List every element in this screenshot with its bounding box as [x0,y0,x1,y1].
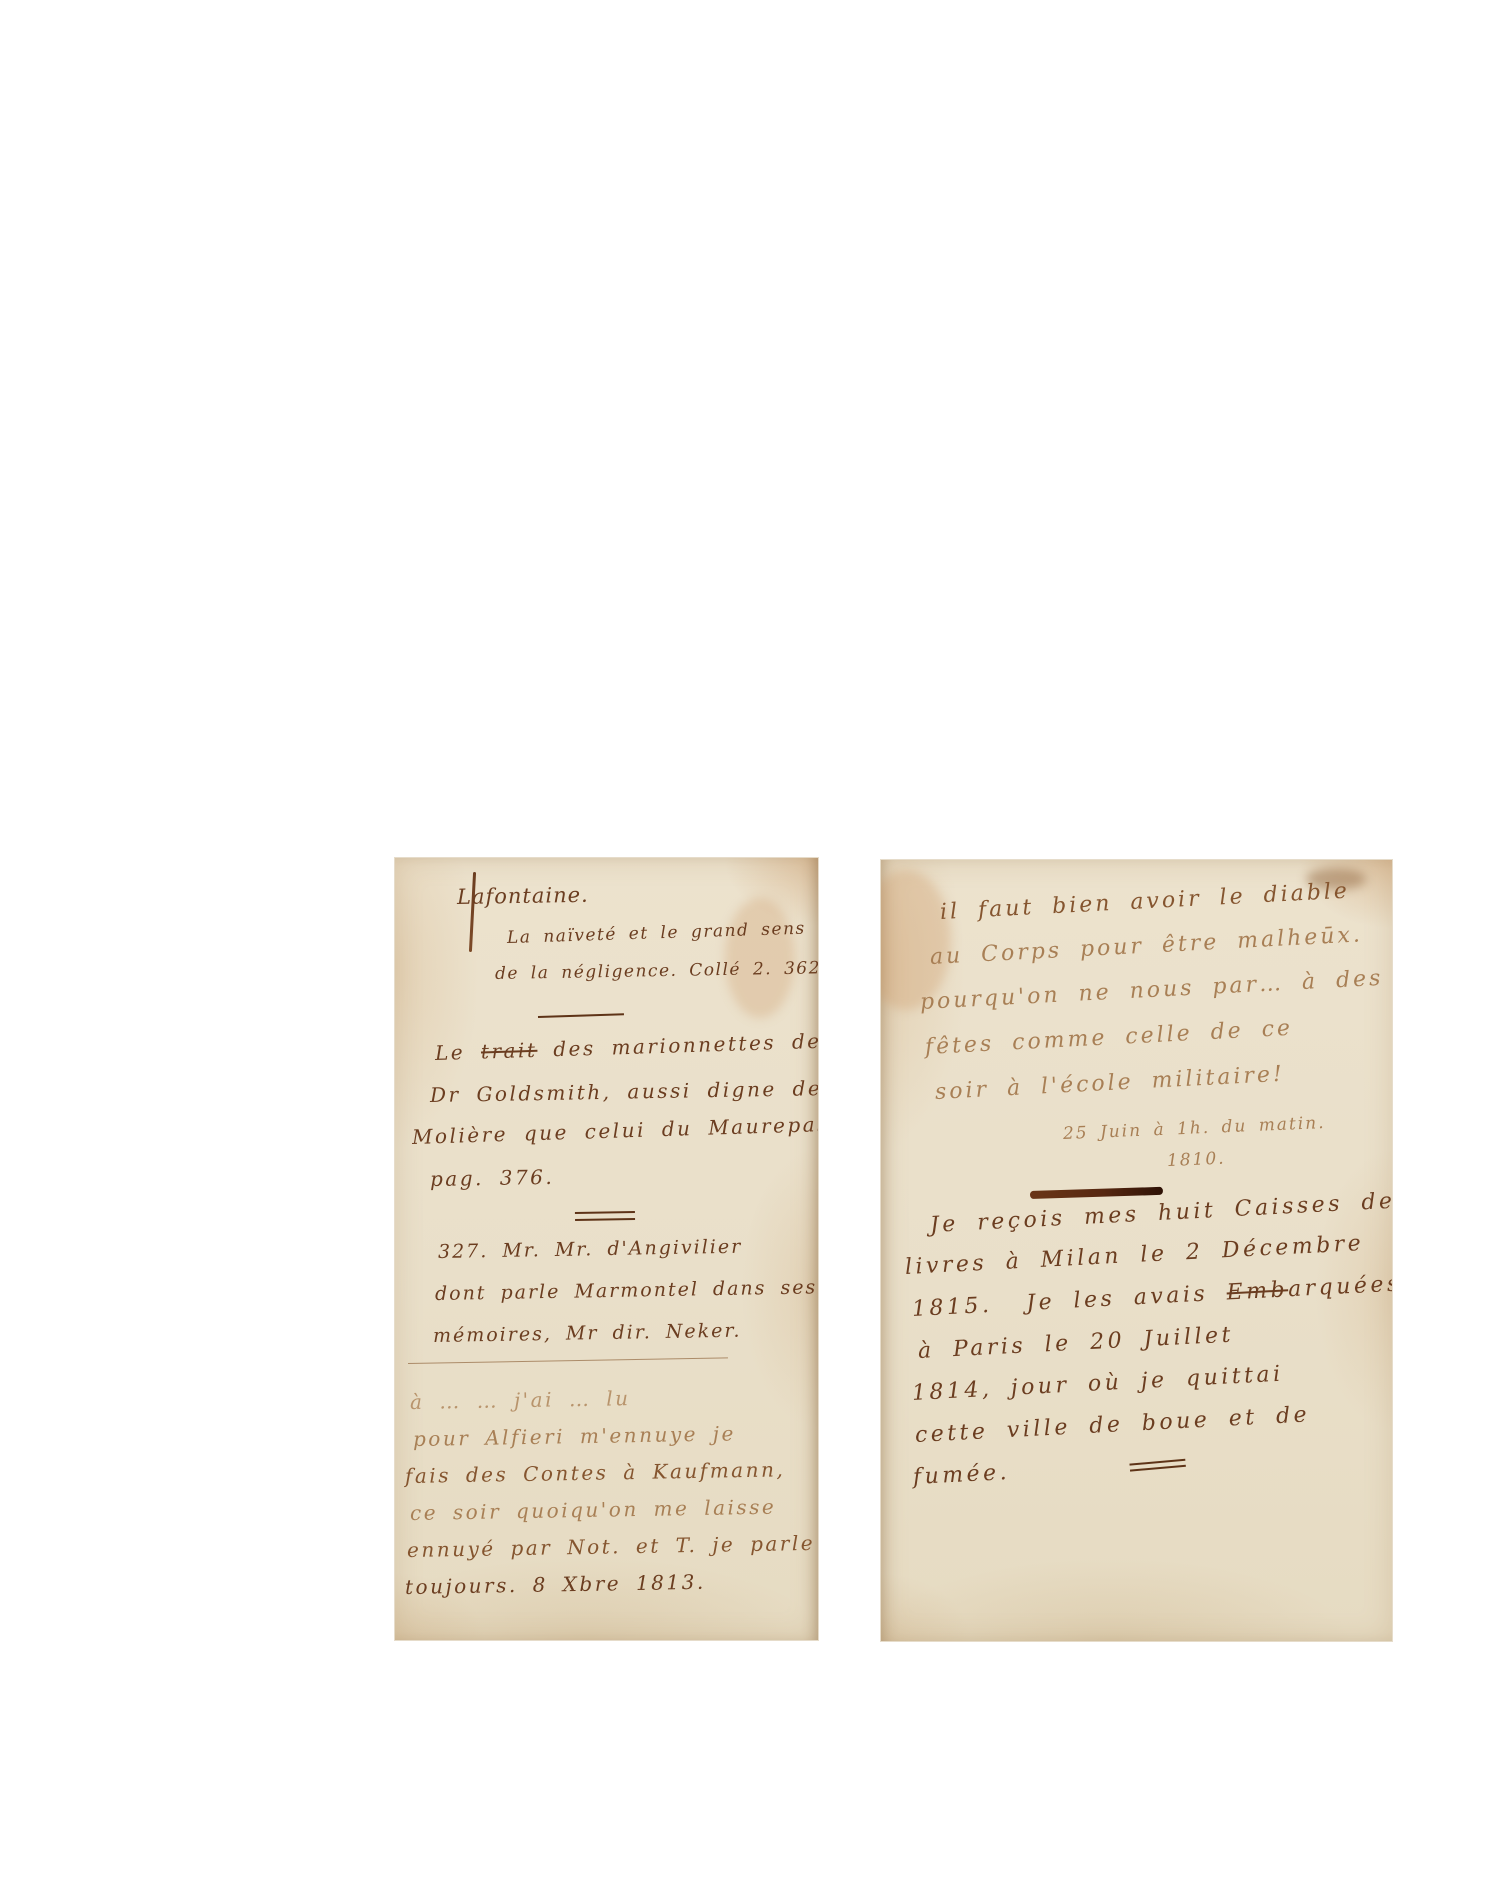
handwritten-line: pag. 376. [430,1151,818,1200]
handwritten-line: dont parle Marmontel dans ses [435,1266,818,1315]
divider-rule-small [1130,1459,1186,1472]
scan-background: Lafontaine. La naïveté et le grand sens … [0,0,1498,1895]
handwritten-heading: Lafontaine. [457,876,818,912]
handwritten-line: mémoires, Mr dir. Neker. [433,1308,818,1357]
spacer [993,1310,1027,1312]
handwritten-date: 1810. [1166,1139,1392,1175]
divider-rule [538,1013,624,1018]
text-segment: des marionnettes des [537,1028,818,1061]
text-segment: 1815. [911,1293,993,1322]
struck-text: trait [481,1038,538,1064]
handwritten-line: de la négligence. Collé 2. 362. [495,950,818,992]
divider-rule-double [575,1211,635,1221]
struck-text: Emb [1226,1277,1289,1305]
handwritten-line: Le trait des marionnettes des [434,1020,818,1074]
manuscript-page-left: Lafontaine. La naïveté et le grand sens … [395,858,818,1640]
handwritten-line: toujours. 8 Xbre 1813. [405,1562,818,1606]
manuscript-page-right: il faut bien avoir le diable au Corps po… [881,860,1392,1641]
handwritten-line: 327. Mr. Mr. d'Angivilier [438,1224,818,1273]
text-segment: Je les avais [1026,1281,1228,1316]
text-segment: arquées, [1287,1271,1392,1302]
text-segment: fumée. [912,1460,1010,1490]
text-segment: Le [435,1040,482,1065]
underline-rule [408,1357,728,1364]
